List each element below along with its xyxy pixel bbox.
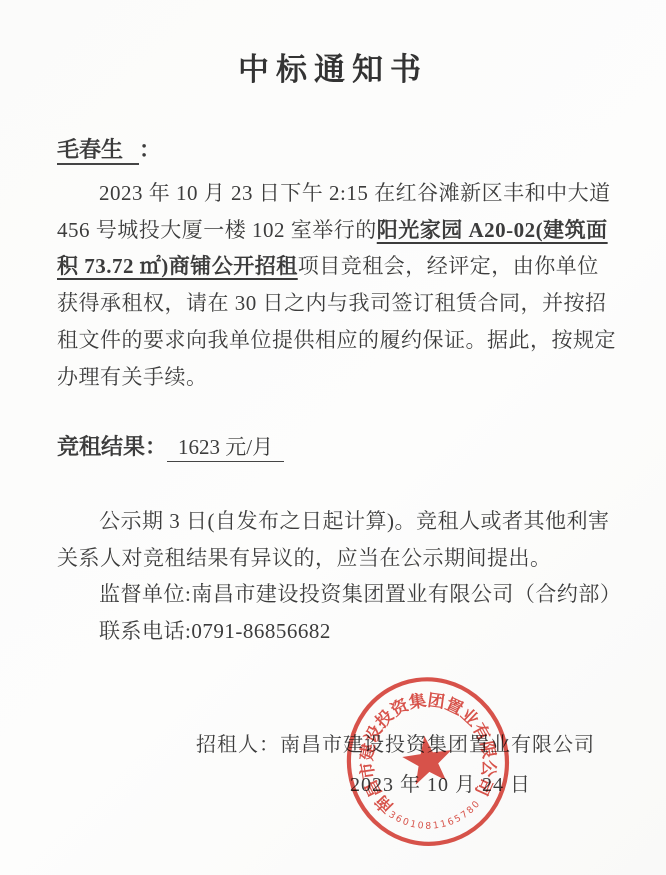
bid-result-line: 竞租结果：1623 元/月 — [57, 430, 284, 462]
body-line-6: 办理有关手续。 — [57, 359, 629, 396]
body-line-1: 2023 年 10 月 23 日下午 2:15 在红谷滩新区丰和中大道 — [57, 175, 629, 212]
signature-date-line: 2023 年 10 月 24 日 — [350, 768, 531, 797]
lessor-signature-line: 招租人：南昌市建设投资集团置业有限公司 — [196, 728, 595, 757]
bid-result-label: 竞租结果： — [57, 434, 167, 459]
body-line-4: 获得承租权，请在 30 日之内与我司签订租赁合同，并按招 — [57, 285, 629, 322]
company-seal-stamp: 南昌市建设投资集团置业有限公司 3601081165780 — [333, 663, 524, 861]
seal-serial-number: 3601081165780 — [385, 796, 486, 837]
body-line-2-normal: 456 号城投大厦一楼 102 室举行的 — [57, 218, 377, 242]
recipient-line: 毛春生： — [57, 133, 161, 165]
recipient-name: 毛春生 — [57, 137, 139, 165]
phone-line: 联系电话:0791-86856682 — [57, 613, 629, 650]
seal-border-circle — [338, 669, 517, 854]
notice-document-page: 中标通知书 毛春生： 2023 年 10 月 23 日下午 2:15 在红谷滩新… — [0, 0, 666, 875]
bid-result-value: 1623 元/月 — [167, 434, 284, 462]
notice-line-2: 关系人对竞租结果有异议的，应当在公示期间提出。 — [57, 540, 629, 577]
supervisor-line: 监督单位:南昌市建设投资集团置业有限公司（合约部） — [57, 576, 629, 613]
body-line-3-normal: 项目竞租会，经评定，由你单位 — [298, 254, 599, 278]
body-line-2: 456 号城投大厦一楼 102 室举行的阳光家园 A20-02(建筑面 — [57, 212, 629, 249]
notice-line-1: 公示期 3 日(自发布之日起计算)。竞租人或者其他利害 — [57, 503, 629, 540]
body-paragraph: 2023 年 10 月 23 日下午 2:15 在红谷滩新区丰和中大道 456 … — [57, 175, 629, 395]
public-notice-paragraph: 公示期 3 日(自发布之日起计算)。竞租人或者其他利害 关系人对竞租结果有异议的… — [57, 503, 629, 650]
document-title: 中标通知书 — [0, 44, 666, 89]
project-name-emphasis-cont: 积 73.72 ㎡)商铺公开招租 — [57, 254, 298, 278]
body-line-3: 积 73.72 ㎡)商铺公开招租项目竞租会，经评定，由你单位 — [57, 248, 629, 285]
seal-graphic: 南昌市建设投资集团置业有限公司 3601081165780 — [333, 663, 524, 861]
recipient-colon: ： — [139, 137, 161, 162]
svg-text:3601081165780: 3601081165780 — [385, 796, 486, 837]
body-line-5: 租文件的要求向我单位提供相应的履约保证。据此，按规定 — [57, 322, 629, 359]
project-name-emphasis: 阳光家园 A20-02(建筑面 — [377, 218, 608, 242]
